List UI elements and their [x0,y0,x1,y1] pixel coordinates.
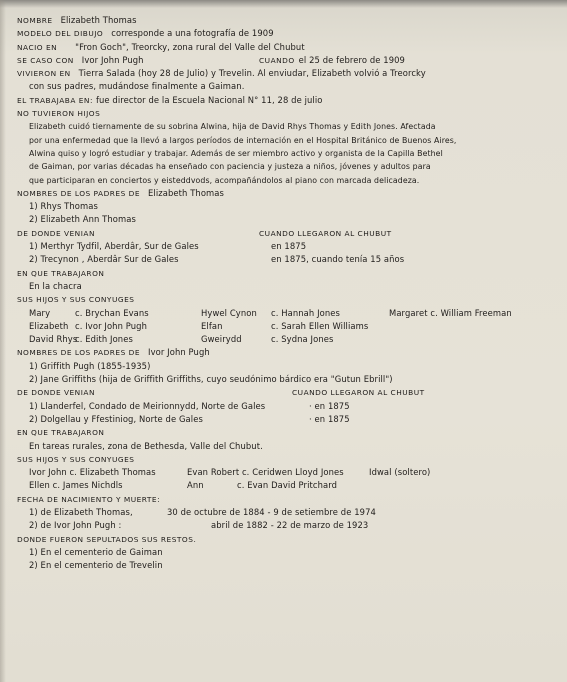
origen-row: 1) Merthyr Tydfil, Aberdâr, Sur de Gales… [17,240,562,253]
paragraph-line: de Gaiman, por varias décadas ha enseñad… [17,160,562,173]
padres-elizabeth-heading: NOMBRES DE LOS PADRES DEElizabeth Thomas [17,187,562,200]
hijos-row: Ivor John c. Elizabeth ThomasEvan Robert… [17,466,562,479]
fechas-heading: FECHA DE NACIMIENTO Y MUERTE: [17,493,562,506]
hijos-row: Ellen c. James NichdlsAnnc. Evan David P… [17,479,562,492]
paragraph-line: que participaran en conciertos y eistedd… [17,174,562,187]
sepultura-item: 1) En el cementerio de Gaiman [17,546,562,559]
paragraph-line: por una enfermedad que la llevó a largos… [17,134,562,147]
vivieron-line-2: con sus padres, mudándose finalmente a G… [17,80,562,93]
padre-item: 1) Rhys Thomas [17,200,562,213]
padre-item: 2) Jane Griffiths (hija de Griffith Grif… [17,373,562,386]
trabajo-ivor-value: En tareas rurales, zona de Bethesda, Val… [17,440,562,453]
origen-row: 1) Llanderfel, Condado de Meirionnydd, N… [17,400,562,413]
fecha-row: 1) de Elizabeth Thomas,30 de octubre de … [17,506,562,519]
trabajo-ivor-heading: EN QUE TRABAJARON [17,426,562,439]
hijos-row: Elizabethc. Ivor John PughElfanc. Sarah … [17,320,562,333]
paragraph-line: Alwina quiso y logró estudiar y trabajar… [17,147,562,160]
hijos-row: Maryc. Brychan EvansHywel Cynonc. Hannah… [17,307,562,320]
origen-elizabeth-heading: DE DONDE VENIANCUANDO LLEGARON AL CHUBUT [17,227,562,240]
nombre-line: NOMBREElizabeth Thomas [17,14,562,27]
hijos-line: NO TUVIERON HIJOS [17,107,562,120]
trabajo-elizabeth-value: En la chacra [17,280,562,293]
caso-line: SE CASO CONIvor John PughCUANDOel 25 de … [17,54,562,67]
padres-ivor-heading: NOMBRES DE LOS PADRES DEIvor John Pugh [17,346,562,359]
nacio-line: NACIO EN"Fron Goch", Treorcky, zona rura… [17,41,562,54]
page-top-shadow [0,0,567,8]
hijos-ivor-heading: SUS HIJOS Y SUS CONYUGES [17,453,562,466]
trabajaba-line: EL TRABAJABA EN:fue director de la Escue… [17,94,562,107]
paragraph-line: Elizabeth cuidó tiernamente de su sobrin… [17,120,562,133]
trabajo-elizabeth-heading: EN QUE TRABAJARON [17,267,562,280]
hijos-elizabeth-heading: SUS HIJOS Y SUS CONYUGES [17,293,562,306]
modelo-line: MODELO DEL DIBUJOcorresponde a una fotog… [17,27,562,40]
origen-row: 2) Dolgellau y Ffestiniog, Norte de Gale… [17,413,562,426]
sepultura-heading: DONDE FUERON SEPULTADOS SUS RESTOS. [17,533,562,546]
page-left-shadow [0,0,6,682]
hijos-row: David Rhysc. Edith JonesGweiryddc. Sydna… [17,333,562,346]
vivieron-line: VIVIERON ENTierra Salada (hoy 28 de Juli… [17,67,562,80]
handwritten-genealogy-page: NOMBREElizabeth Thomas MODELO DEL DIBUJO… [17,14,562,572]
padre-item: 2) Elizabeth Ann Thomas [17,213,562,226]
origen-row: 2) Trecynon , Aberdâr Sur de Galesen 187… [17,253,562,266]
fecha-row: 2) de Ivor John Pugh :abril de 1882 - 22… [17,519,562,532]
origen-ivor-heading: DE DONDE VENIANCUANDO LLEGARON AL CHUBUT [17,386,562,399]
sepultura-item: 2) En el cementerio de Trevelin [17,559,562,572]
padre-item: 1) Griffith Pugh (1855-1935) [17,360,562,373]
